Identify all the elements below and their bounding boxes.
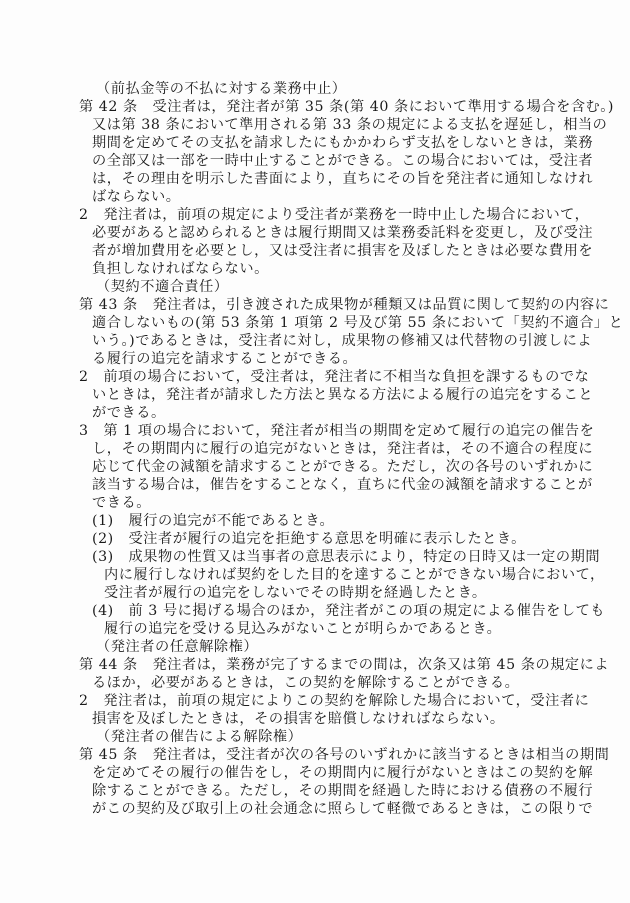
continuation-line: いう。)であるときは，受注者に対し，成果物の修補又は代替物の引渡しによ: [92, 332, 592, 350]
continuation-line: 適合しないもの(第 53 条第 1 項第 2 号及び第 55 条において「契約不…: [92, 314, 623, 332]
continuation-line: 損害を及ぼしたときは，その損害を賠償しなければならない。: [92, 710, 505, 728]
section-heading: （発注者の催告による解除権）: [96, 728, 302, 746]
list-item-continuation: 内に履行しなければ契約をした目的を達することができない場合において，: [104, 566, 605, 584]
list-item-line: (2) 受注者が履行の追完を拒絶する意思を明確に表示したとき。: [92, 530, 526, 548]
continuation-line: がこの契約及び取引上の社会通念に照らして軽微であるときは，この限りで: [92, 800, 593, 818]
continuation-line: 応じて代金の減額を請求することができる。ただし，次の各号のいずれかに: [92, 458, 593, 476]
continuation-line: 又は第 38 条において準用される第 33 条の規定による支払を遅延し，相当の: [92, 116, 607, 134]
paragraph-line: 2 前項の場合において，受注者は，発注者に不相当な負担を課するものでな: [79, 368, 589, 386]
list-item-line: (4) 前 3 号に掲げる場合のほか，発注者がこの項の規定による催告をしても: [92, 602, 605, 620]
article-line: 第 42 条 受注者は，発注者が第 35 条(第 40 条において準用する場合を…: [79, 98, 614, 116]
document-page: （前払金等の不払に対する業務中止）第 42 条 受注者は，発注者が第 35 条(…: [0, 0, 630, 903]
continuation-line: 必要があると認められるときは履行期間又は業務委託料を変更し，及び受注: [92, 224, 593, 242]
section-heading: （前払金等の不払に対する業務中止）: [96, 80, 347, 98]
continuation-line: の全部又は一部を一時中止することができる。この場合においては，受注者: [92, 152, 593, 170]
article-line: 第 43 条 発注者は，引き渡された成果物が種類又は品質に関して契約の内容に: [79, 296, 609, 314]
continuation-line: るほか，必要があるときは，この契約を解除することができる。: [92, 674, 519, 692]
continuation-line: 該当する場合は，催告をすることなく，直ちに代金の減額を請求することが: [92, 476, 593, 494]
continuation-line: を定めてその履行の催告をし，その期間内に履行がないときはこの契約を解: [92, 764, 593, 782]
continuation-line: 除することができる。ただし，その期間を経過した時における債務の不履行: [92, 782, 593, 800]
continuation-line: 者が増加費用を必要とし，又は受注者に損害を及ぼしたときは必要な費用を: [92, 242, 593, 260]
continuation-line: る履行の追完を請求することができる。: [92, 350, 357, 368]
continuation-line: は，その理由を明示した書面により，直ちにその旨を発注者に通知しなけれ: [92, 170, 593, 188]
section-heading: （発注者の任意解除権）: [96, 638, 258, 656]
paragraph-line: 2 発注者は，前項の規定により受注者が業務を一時中止した場合において，: [79, 206, 589, 224]
continuation-line: いときは，発注者が請求した方法と異なる方法による履行の追完をすること: [92, 386, 593, 404]
continuation-line: 負担しなければならない。: [92, 260, 269, 278]
continuation-line: ばならない。: [92, 188, 180, 206]
list-item-line: (3) 成果物の性質又は当事者の意思表示により，特定の日時又は一定の期間: [92, 548, 600, 566]
continuation-line: ができる。: [92, 404, 166, 422]
continuation-line: できる。: [92, 494, 151, 512]
list-item-continuation: 履行の追完を受ける見込みがないことが明らかであるとき。: [104, 620, 501, 638]
article-line: 第 44 条 発注者は，業務が完了するまでの間は，次条又は第 45 条の規定によ: [79, 656, 609, 674]
list-item-line: (1) 履行の追完が不能であるとき。: [92, 512, 334, 530]
section-heading: （契約不適合責任）: [96, 278, 229, 296]
paragraph-line: 2 発注者は，前項の規定によりこの契約を解除した場合において，受注者に: [79, 692, 589, 710]
continuation-line: 期間を定めてその支払を請求したにもかかわらず支払をしないときは，業務: [92, 134, 593, 152]
article-line: 第 45 条 発注者は，受注者が次の各号のいずれかに該当するときは相当の期間: [79, 746, 609, 764]
continuation-line: し，その期間内に履行の追完がないときは，発注者は，その不適合の程度に: [92, 440, 593, 458]
paragraph-line: 3 第 1 項の場合において，発注者が相当の期間を定めて履行の追完の催告を: [79, 422, 594, 440]
list-item-continuation: 受注者が履行の追完をしないでその時期を経過したとき。: [104, 584, 487, 602]
